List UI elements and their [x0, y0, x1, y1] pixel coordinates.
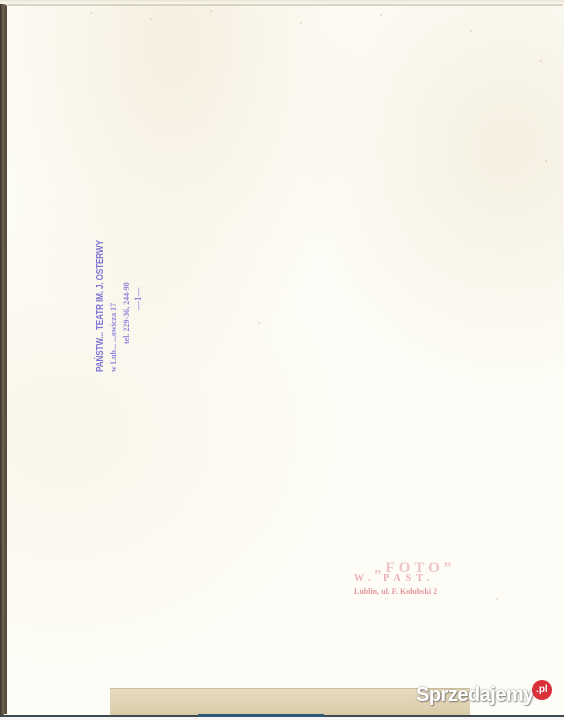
scanned-photo-back: PAŃSTW... TEATR IM. J. OSTERWY w Lub... … [0, 0, 564, 720]
paper-speck [540, 60, 542, 62]
paper-speck [300, 22, 302, 24]
paper-speck [496, 598, 498, 600]
paper-speck [545, 160, 547, 162]
photo-stamp-address: Lublin, ul. F. Kołubski 2 [354, 587, 437, 596]
paper-speck [380, 14, 382, 16]
theatre-stamp-phone: tel. 229-36, 244-98 [120, 212, 133, 372]
theatre-stamp-number: —1— [133, 212, 143, 372]
paper-speck [210, 10, 212, 12]
sprzedajemy-watermark: Sprzedajemy .pl [416, 682, 552, 712]
watermark-text: Sprzedajemy [416, 682, 534, 708]
theatre-stamp: PAŃSTW... TEATR IM. J. OSTERWY w Lub... … [94, 212, 156, 372]
theatre-stamp-address: w Lub... ...owicza 17 [107, 212, 120, 372]
paper-speck [150, 18, 152, 20]
paper-speck [258, 322, 260, 324]
photo-studio-stamp: „FOTO” W. PAST. Lublin, ul. F. Kołubski … [350, 560, 480, 602]
paper-speck [470, 30, 472, 32]
watermark-badge-icon: .pl [532, 680, 552, 700]
photo-stamp-owner: W. PAST. [354, 573, 435, 584]
paper-surface [4, 4, 563, 714]
theatre-stamp-name: PAŃSTW... TEATR IM. J. OSTERWY [94, 212, 107, 372]
paper-speck [90, 12, 92, 14]
